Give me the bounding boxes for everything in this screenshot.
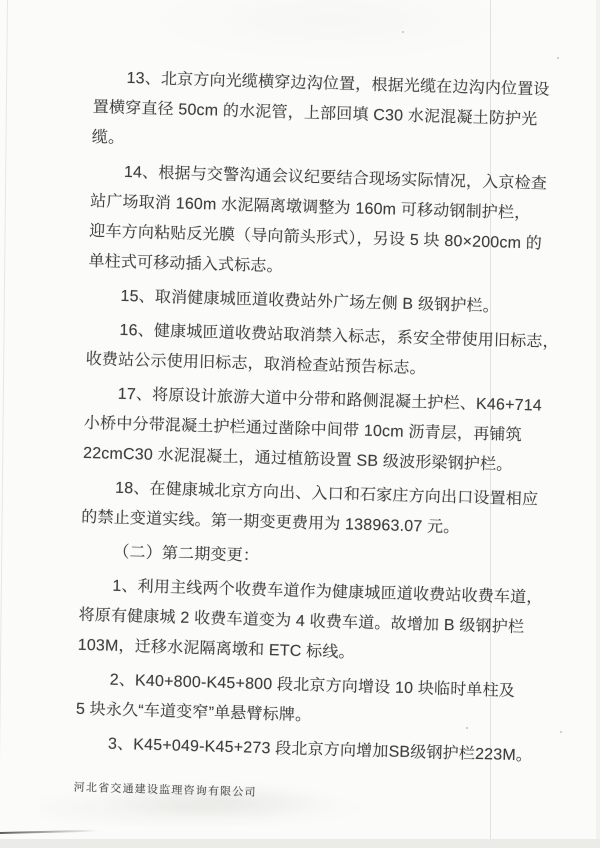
scanned-document-page: 13、北京方向光缆横穿边沟位置，根据光缆在边沟内位置设 置横穿直径 50cm 的… [0,0,600,848]
scan-speck [402,31,404,33]
paragraph-item-13: 13、北京方向光缆横穿边沟位置，根据光缆在边沟内位置设 置横穿直径 50cm 的… [91,63,545,166]
paragraph-item-17: 17、将原设计旅游大道中分带和路侧混凝土护栏、K46+714 小桥中分带混凝土护… [83,379,537,482]
paragraph-item-18: 18、在健康城北京方向出、入口和石家庄方向出口设置相应 的禁止变道实线。第一期变… [81,473,534,546]
scanner-bottom-edge [0,839,600,848]
scan-left-edge-line [0,0,8,848]
paragraph-item-14: 14、根据与交警沟通会议纪要结合现场实际情况，入京检查 站广场取消 160m 水… [88,157,543,290]
paragraph-phase2-item-2: 2、K40+800-K45+800 段北京方向增设 10 块临时单柱及 5 块永… [76,665,529,738]
scan-speck [557,57,559,59]
document-text: 13、北京方向光缆横穿边沟位置，根据光缆在边沟内位置设 置横穿直径 50cm 的… [74,63,546,807]
paragraph-phase2-item-1: 1、利用主线两个收费车道作为健康城匝道收费站收费车道， 将原有健康城 2 收费车… [77,571,531,674]
scan-speck [560,731,562,733]
scan-corner-artifact-line [0,830,98,834]
scanner-right-edge [596,0,600,848]
paragraph-item-16: 16、健康城匝道收费站取消禁入标志，系安全带使用旧标志， 收费站公示使用旧标志，… [85,315,538,388]
company-footer: 河北省交通建设监理咨询有限公司 [74,779,526,808]
